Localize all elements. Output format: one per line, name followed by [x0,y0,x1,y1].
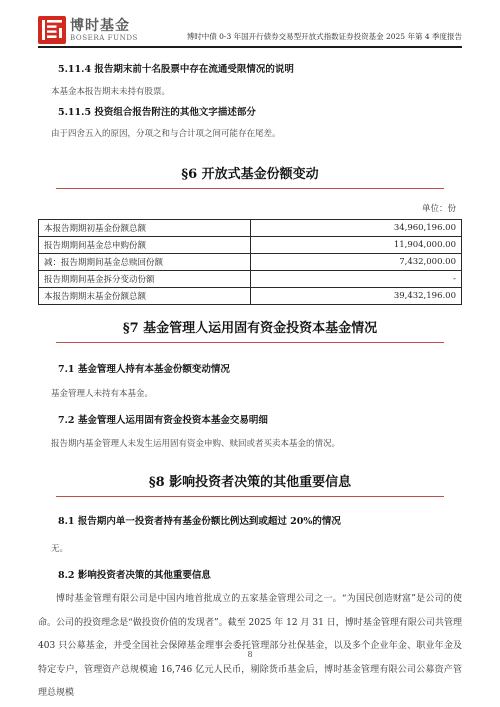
heading-8-1: 8.1 报告期内单一投资者持有基金份额比例达到或超过 20%的情况 [58,513,462,527]
row-value: 11,904,000.00 [250,237,462,254]
paragraph-5-11-5: 由于四舍五入的原因，分项之和与合计项之间可能存在尾差。 [51,127,462,139]
company-name-en: BOSERA FUNDS [70,35,138,42]
company-logo: 博时基金 BOSERA FUNDS [38,16,138,44]
paragraph-7-2: 报告期内基金管理人未发生运用固有资金申购、赎回或者买卖本基金的情况。 [51,437,462,449]
row-value: 39,432,196.00 [250,288,462,305]
row-label: 报告期期间基金拆分变动份额 [39,271,251,288]
row-value: 7,432,000.00 [250,254,462,271]
heading-5-11-4: 5.11.4 报告期末前十名股票中存在流通受限情况的说明 [58,61,462,75]
document-title: 博时中债 0-3 年国开行债券交易型开放式指数证券投资基金 2025 年第 4 … [187,31,462,44]
heading-7-1: 7.1 基金管理人持有本基金份额变动情况 [58,361,462,375]
paragraph-8-1: 无。 [51,542,462,554]
table-row: 本报告期期末基金份额总额 39,432,196.00 [39,288,462,305]
bosera-logo-icon [38,16,66,44]
company-name-block: 博时基金 BOSERA FUNDS [70,19,138,42]
fund-share-change-table: 本报告期期初基金份额总额 34,960,196.00 报告期期间基金总申购份额 … [38,219,462,305]
section-6-title: §6 开放式基金份额变动 [56,163,444,189]
table-row: 报告期期间基金总申购份额 11,904,000.00 [39,237,462,254]
page-number: 8 [0,650,500,659]
row-label: 本报告期期初基金份额总额 [39,220,251,237]
table-row: 报告期期间基金拆分变动份额 - [39,271,462,288]
row-label: 本报告期期末基金份额总额 [39,288,251,305]
row-label: 报告期期间基金总申购份额 [39,237,251,254]
table-row: 本报告期期初基金份额总额 34,960,196.00 [39,220,462,237]
heading-5-11-5: 5.11.5 投资组合报告附注的其他文字描述部分 [58,104,462,118]
paragraph-8-2: 博时基金管理有限公司是中国内地首批成立的五家基金管理公司之一。“为国民创造财富”… [38,588,462,706]
table-row: 减：报告期期间基金总赎回份额 7,432,000.00 [39,254,462,271]
section-8-title: §8 影响投资者决策的其他重要信息 [56,471,444,497]
heading-7-2: 7.2 基金管理人运用固有资金投资本基金交易明细 [58,412,462,426]
unit-label: 单位：份 [38,202,462,214]
section-7-title: §7 基金管理人运用固有资金投资本基金情况 [56,317,444,343]
row-value: - [250,271,462,288]
paragraph-7-1: 基金管理人未持有本基金。 [51,387,462,399]
page-header: 博时基金 BOSERA FUNDS 博时中债 0-3 年国开行债券交易型开放式指… [38,0,462,48]
row-label: 减：报告期期间基金总赎回份额 [39,254,251,271]
company-name: 博时基金 [70,19,138,33]
row-value: 34,960,196.00 [250,220,462,237]
paragraph-5-11-4: 本基金本报告期末未持有股票。 [51,85,462,97]
heading-8-2: 8.2 影响投资者决策的其他重要信息 [58,567,462,581]
report-page: 博时基金 BOSERA FUNDS 博时中债 0-3 年国开行债券交易型开放式指… [0,0,500,707]
document-body: 5.11.4 报告期末前十名股票中存在流通受限情况的说明 本基金本报告期末未持有… [38,61,462,706]
